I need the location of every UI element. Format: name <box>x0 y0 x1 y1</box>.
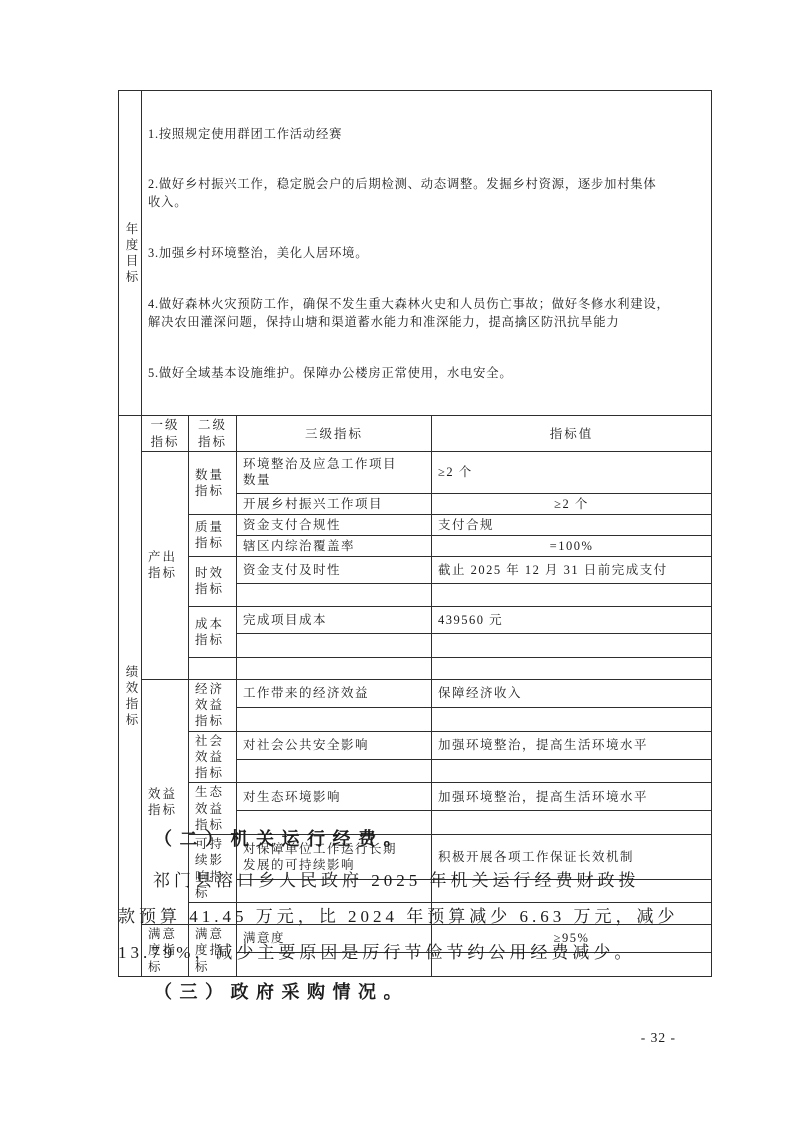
l2-timeliness: 时效指标 <box>189 556 237 606</box>
l2-cost: 成本指标 <box>189 606 237 657</box>
indicator-name: 开展乡村振兴工作项目 <box>237 493 432 514</box>
empty-cell <box>432 633 712 657</box>
body-text-section: （二）机关运行经费。 祁门县溶口乡人民政府 2025 年机关运行经费财政拨 款预… <box>118 827 680 1004</box>
empty-cell <box>432 759 712 783</box>
table-header-row: 绩效指标 一级指标 二级指标 三级指标 指标值 <box>119 416 712 452</box>
indicator-value: 支付合规 <box>432 514 712 535</box>
indicator-value: =100% <box>432 535 712 556</box>
indicator-name: 资金支付及时性 <box>237 556 432 583</box>
l2-social: 社会效益指标 <box>189 731 237 783</box>
l2-economic: 经济效益指标 <box>189 679 237 731</box>
indicator-value: ≥2 个 <box>432 493 712 514</box>
paragraph-line: 款预算 41.45 万元，比 2024 年预算减少 6.63 万元，减少 <box>118 899 680 935</box>
table-row: 生态效益指标 对生态环境影响 加强环境整治，提高生活环境水平 <box>119 783 712 811</box>
indicator-value: ≥2 个 <box>432 451 712 493</box>
indicator-name: 工作带来的经济效益 <box>237 679 432 707</box>
indicator-name: 对生态环境影响 <box>237 783 432 811</box>
header-level3: 三级指标 <box>237 416 432 452</box>
header-level1: 一级指标 <box>142 416 189 452</box>
table-row: 效益指标 经济效益指标 工作带来的经济效益 保障经济收入 <box>119 679 712 707</box>
header-level2: 二级指标 <box>189 416 237 452</box>
table-row: 质量指标 资金支付合规性 支付合规 <box>119 514 712 535</box>
goal-item-4: 4.做好森林火灾预防工作，确保不发生重大森林火史和人员伤亡事故；做好冬修水利建设… <box>148 295 705 331</box>
indicator-value: 截止 2025 年 12 月 31 日前完成支付 <box>432 556 712 583</box>
empty-cell <box>432 707 712 731</box>
empty-cell <box>237 583 432 606</box>
l1-output: 产出指标 <box>142 451 189 679</box>
empty-cell <box>237 759 432 783</box>
indicator-value: 保障经济收入 <box>432 679 712 707</box>
indicator-value: 439560 元 <box>432 606 712 633</box>
paragraph-line: 祁门县溶口乡人民政府 2025 年机关运行经费财政拨 <box>118 863 680 899</box>
annual-goals-label: 年度目标 <box>119 91 142 416</box>
indicator-name: 环境整治及应急工作项目 数量 <box>237 451 432 493</box>
table-row: 成本指标 完成项目成本 439560 元 <box>119 606 712 633</box>
goal-item-2: 2.做好乡村振兴工作，稳定脱会户的后期检测、动态调整。发掘乡村资源，逐步加村集体… <box>148 175 705 211</box>
table-row: 产出指标 数量指标 环境整治及应急工作项目 数量 ≥2 个 <box>119 451 712 493</box>
section-heading-2: （二）机关运行经费。 <box>118 827 680 851</box>
goal-item-3: 3.加强乡村环境整治，美化人居环境。 <box>148 244 705 262</box>
l2-quality: 质量指标 <box>189 514 237 556</box>
indicator-name: 资金支付合规性 <box>237 514 432 535</box>
header-value: 指标值 <box>432 416 712 452</box>
empty-cell <box>237 633 432 657</box>
indicator-name: 辖区内综治覆盖率 <box>237 535 432 556</box>
indicator-value: 加强环境整治，提高生活环境水平 <box>432 731 712 759</box>
l2-quantity: 数量指标 <box>189 451 237 514</box>
empty-cell <box>237 657 432 679</box>
empty-cell <box>432 657 712 679</box>
annual-goals-cell: 1.按照规定使用群团工作活动经赛 2.做好乡村振兴工作，稳定脱会户的后期检测、动… <box>142 91 712 416</box>
page-number: - 32 - <box>641 1030 676 1046</box>
indicator-name: 完成项目成本 <box>237 606 432 633</box>
table-row-empty <box>119 657 712 679</box>
operating-expense-paragraph: 祁门县溶口乡人民政府 2025 年机关运行经费财政拨 款预算 41.45 万元，… <box>118 863 680 971</box>
goal-item-1: 1.按照规定使用群团工作活动经赛 <box>148 125 705 143</box>
empty-cell <box>189 657 237 679</box>
indicator-name: 对社会公共安全影响 <box>237 731 432 759</box>
document-page: 年度目标 1.按照规定使用群团工作活动经赛 2.做好乡村振兴工作，稳定脱会户的后… <box>0 0 793 1122</box>
table-row: 社会效益指标 对社会公共安全影响 加强环境整治，提高生活环境水平 <box>119 731 712 759</box>
table-row: 时效指标 资金支付及时性 截止 2025 年 12 月 31 日前完成支付 <box>119 556 712 583</box>
section-heading-3: （三）政府采购情况。 <box>118 980 680 1004</box>
indicator-value: 加强环境整治，提高生活环境水平 <box>432 783 712 811</box>
empty-cell <box>432 583 712 606</box>
annual-goals-row: 年度目标 1.按照规定使用群团工作活动经赛 2.做好乡村振兴工作，稳定脱会户的后… <box>119 91 712 416</box>
empty-cell <box>237 707 432 731</box>
paragraph-line: 13.79%，减少主要原因是厉行节俭节约公用经费减少。 <box>118 935 680 971</box>
goal-item-5: 5.做好全域基本设施维护。保障办公楼房正常使用，水电安全。 <box>148 364 705 382</box>
